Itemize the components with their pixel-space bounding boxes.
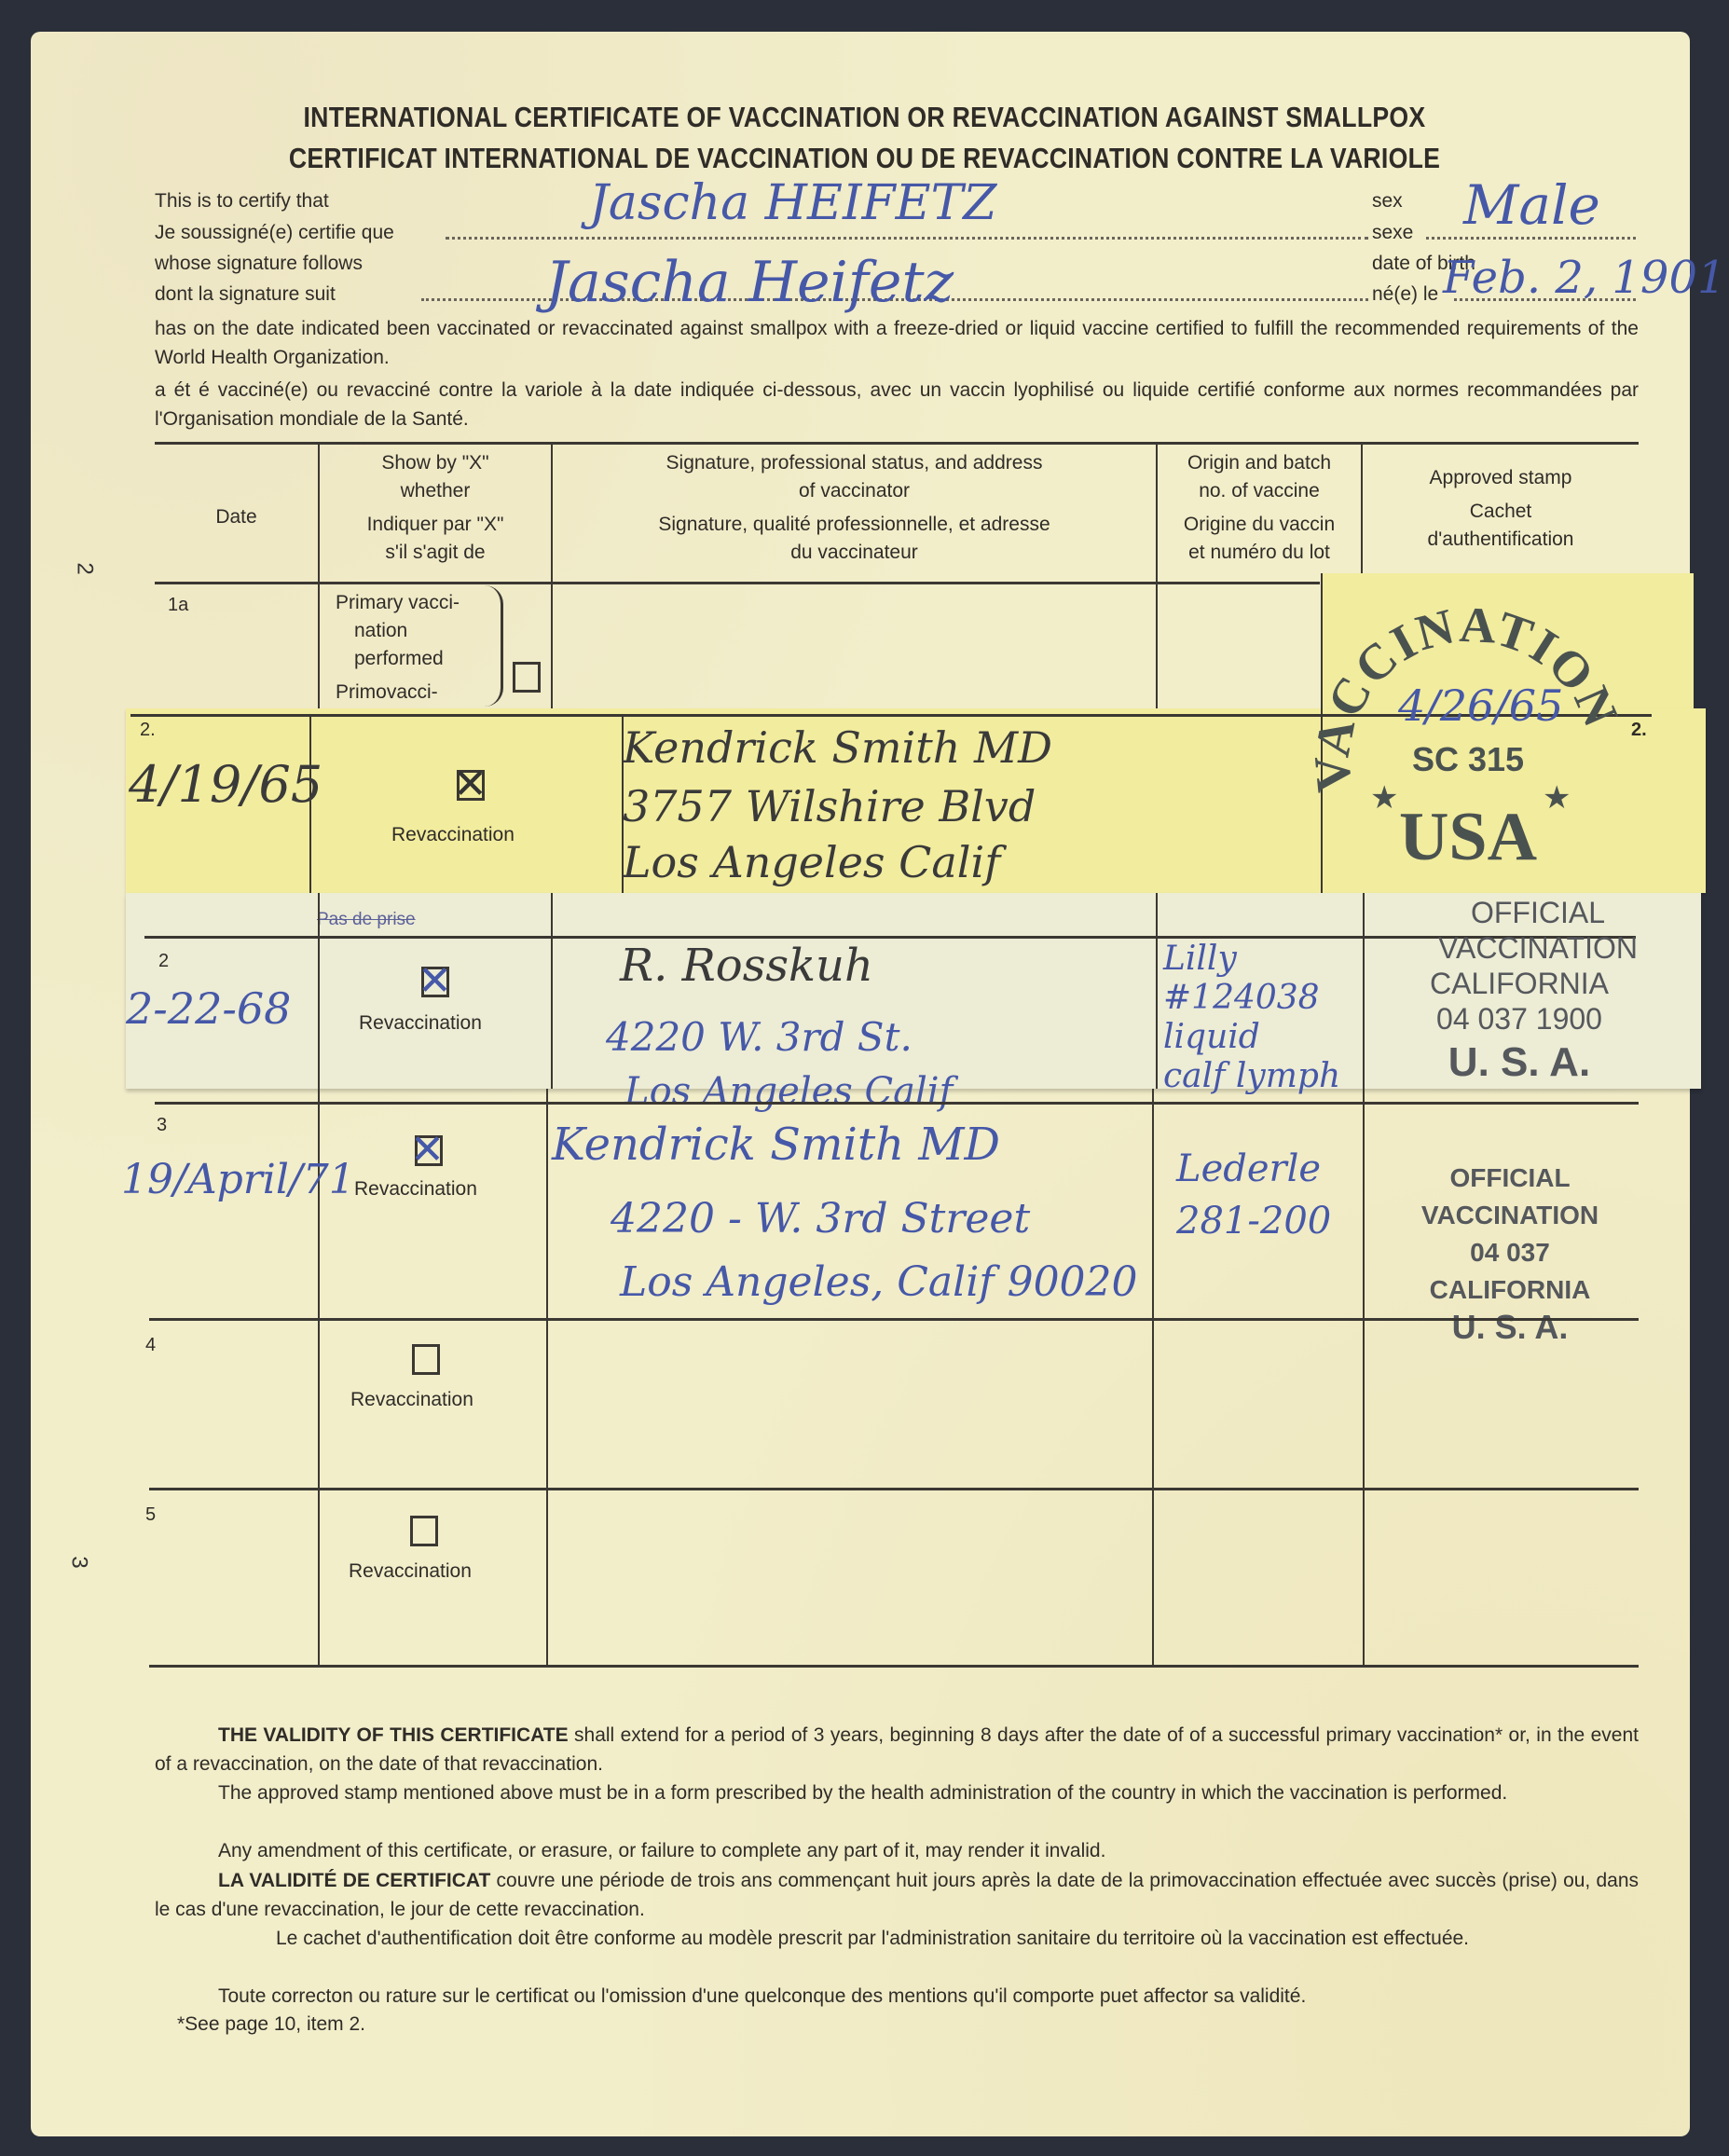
header-show-x-fr-1: Indiquer par "X" [320,511,551,539]
lower-col-2 [546,1089,548,1667]
title-english: INTERNATIONAL CERTIFICATE OF VACCINATION… [121,101,1608,134]
row-4-top-border [149,1318,1639,1321]
signature-label-fr: dont la signature suit [155,283,336,306]
header-vaccinator-en-1: Signature, professional status, and addr… [553,449,1156,477]
svg-text:★: ★ [1543,779,1571,817]
row-2-col-1 [318,893,320,1089]
row-2-x-mark: ✕ [418,961,452,1002]
validity-en-2: The approved stamp mentioned above must … [155,1778,1639,1807]
row-1a-checkbox[interactable] [513,662,541,693]
pasted-row-number: 2. [140,720,156,741]
svg-text:SC 315: SC 315 [1412,740,1524,778]
row-1a-type-1: Primary vacci- [336,589,460,617]
row-4-checkbox[interactable] [412,1344,440,1375]
row-3-stamp-3: CALIFORNIA [1361,1271,1659,1309]
row-3-stamp-4: U. S. A. [1361,1309,1659,1346]
header-origin-en-2: no. of vaccine [1158,477,1361,505]
row-2-col-3 [1156,893,1158,1089]
row-2-vaccinator-address-2: Los Angeles Calif [624,1070,953,1113]
row-2-origin-2: #124038 [1163,979,1340,1018]
header-show-x: Show by "X" whether Indiquer par "X" s'i… [320,449,551,567]
validity-en-3: Any amendment of this certificate, or er… [155,1836,1639,1865]
sex-dotted-line [1426,237,1636,240]
row-3-origin: Lederle 281-200 [1176,1143,1331,1247]
pasted-row-type: Revaccination [391,824,515,846]
row-5-top-border [149,1488,1639,1490]
row-2-stamp-3: 04 037 1900 [1342,1001,1696,1037]
name-dotted-line [446,237,1368,240]
svg-text:★: ★ [1370,779,1398,817]
validity-en-1: THE VALIDITY OF THIS CERTIFICATE shall e… [155,1721,1639,1778]
row-2-origin-3: liquid [1163,1018,1340,1057]
header-origin-fr-2: et numéro du lot [1158,539,1361,567]
margin-page-number-bottom: 3 [66,1556,92,1568]
row-2-origin-4: calf lymph [1163,1057,1340,1096]
row-2-col-2 [551,893,553,1089]
sex-label-fr: sexe [1372,222,1413,244]
header-stamp-en: Approved stamp [1363,464,1639,492]
row-3-top-border [155,1102,1639,1105]
holder-signature: Jascha Heifetz [545,250,954,315]
lower-col-3 [1152,1089,1154,1667]
validity-fr-3: Toute correcton ou rature sur le certifi… [155,1982,1639,2011]
certify-label-fr: Je soussigné(e) certifie que [155,222,394,244]
dob-label-fr: né(e) le [1372,283,1438,306]
row-2-stamp-4: U. S. A. [1342,1037,1696,1089]
holder-name: Jascha HEIFETZ [589,175,996,231]
statement-en: has on the date indicated been vaccinate… [155,314,1639,372]
row-2-stamp: OFFICIAL VACCINATION CALIFORNIA 04 037 1… [1342,895,1696,1089]
header-vaccinator-en-2: of vaccinator [553,477,1156,505]
signature-label-en: whose signature follows [155,253,363,275]
row-1a-type-3: performed [336,645,460,673]
row-5-checkbox[interactable] [410,1516,438,1546]
row-2-vaccinator-signature: R. Rosskuh [620,940,873,992]
svg-text:USA: USA [1399,799,1537,875]
title-french: CERTIFICAT INTERNATIONAL DE VACCINATION … [121,142,1608,175]
row-2-type: Revaccination [359,1012,482,1035]
pasted-row-vaccinator-3: Los Angeles Calif [623,837,1000,887]
validity-fr-1-lead: LA VALIDITÉ DE CERTIFICAT [155,1870,490,1891]
header-stamp: Approved stamp Cachet d'authentification [1363,464,1639,554]
footnote: *See page 10, item 2. [177,2010,736,2039]
pasted-right-number: 2. [1631,720,1647,741]
header-stamp-fr-2: d'authentification [1363,526,1639,554]
header-vaccinator-fr-2: du vaccinateur [553,539,1156,567]
header-show-x-en-2: whether [320,477,551,505]
table-bottom-border [149,1665,1639,1668]
header-stamp-fr-1: Cachet [1363,498,1639,526]
certify-label-en: This is to certify that [155,190,329,213]
stamp-handwritten-date: 4/26/65 [1398,680,1563,731]
validity-fr-1: LA VALIDITÉ DE CERTIFICAT couvre une pér… [155,1866,1639,1924]
header-vaccinator-fr-1: Signature, qualité professionnelle, et a… [553,511,1156,539]
row-3-origin-1: Lederle [1176,1143,1331,1195]
row-3-date: 19/April/71 [121,1156,355,1203]
row-2-number: 2 [158,951,169,972]
pasted-row-vaccinator-1: Kendrick Smith MD [623,722,1052,773]
header-show-x-en-1: Show by "X" [320,449,551,477]
header-origin: Origin and batch no. of vaccine Origine … [1158,449,1361,567]
row-5-type: Revaccination [349,1560,472,1583]
table-top-border [155,442,1639,445]
sex-label-en: sex [1372,190,1403,213]
header-date: Date [155,503,318,531]
header-vaccinator: Signature, professional status, and addr… [553,449,1156,567]
row-3-number: 3 [157,1115,167,1136]
validity-fr-2: Le cachet d'authentification doit être c… [155,1924,1639,1953]
margin-page-number-top: 2 [72,562,98,574]
row-2-date: 2-22-68 [126,983,291,1034]
row-1a-type-label: Primary vacci- nation performed Primovac… [336,589,460,707]
header-bottom-border [155,582,1320,584]
sex-value: Male [1463,173,1600,237]
row-2-origin: Lilly #124038 liquid calf lymph [1163,940,1340,1096]
row-3-stamp-2: 04 037 [1361,1234,1659,1271]
statement-fr: a ét é vacciné(e) ou revacciné contre la… [155,376,1639,433]
dob-value: Feb. 2, 1901 [1443,252,1726,304]
row-4-number: 4 [145,1335,156,1356]
row-1a-number: 1a [168,595,188,616]
pasted-row-date: 4/19/65 [129,755,322,814]
row-3-vaccinator-1: Kendrick Smith MD [552,1119,1000,1171]
row-3-vaccinator-2: 4220 - W. 3rd Street [611,1195,1030,1243]
row-4-type: Revaccination [350,1389,473,1411]
row-1a-brace [485,585,503,707]
pasted-row-vaccinator-2: 3757 Wilshire Blvd [623,781,1036,831]
pasted-row-x-mark: ✕ [453,764,487,805]
header-origin-en-1: Origin and batch [1158,449,1361,477]
row-2-stamp-1: OFFICIAL VACCINATION [1342,895,1696,966]
row-3-stamp-1: OFFICIAL VACCINATION [1361,1160,1659,1234]
row-2-vaccinator-address-1: 4220 W. 3rd St. [606,1014,913,1060]
row-1a-type-4: Primovacci- [336,679,460,707]
row-3-x-mark: ✕ [410,1130,445,1171]
header-show-x-fr-2: s'il s'agit de [320,539,551,567]
row-3-type: Revaccination [354,1178,477,1201]
struck-pas-de-prise: Pas de prise [317,910,416,930]
row-1a-type-2: nation [336,617,460,645]
row-2-stamp-2: CALIFORNIA [1342,966,1696,1001]
row-2-origin-1: Lilly [1163,940,1340,979]
header-origin-fr-1: Origine du vaccin [1158,511,1361,539]
row-3-vaccinator-3: Los Angeles, Calif 90020 [620,1258,1138,1306]
row-5-number: 5 [145,1504,156,1526]
row-3-origin-2: 281-200 [1176,1195,1331,1247]
validity-en-1-lead: THE VALIDITY OF THIS CERTIFICATE [155,1724,569,1746]
